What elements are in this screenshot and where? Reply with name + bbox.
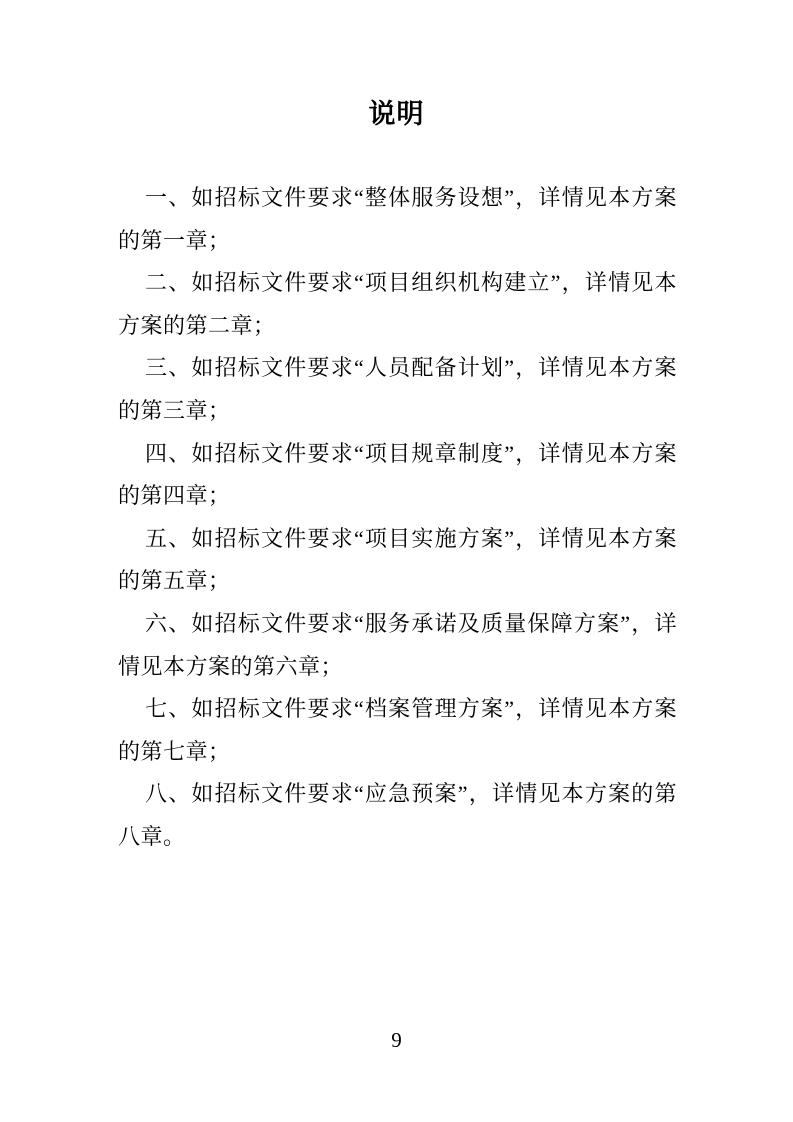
paragraph: 七、如招标文件要求“档案管理方案”，详情见本方案的第七章； [118, 688, 677, 773]
paragraph: 四、如招标文件要求“项目规章制度”，详情见本方案的第四章； [118, 433, 677, 518]
body-text: 一、如招标文件要求“整体服务设想”，详情见本方案的第一章；二、如招标文件要求“项… [118, 177, 677, 859]
paragraph: 八、如招标文件要求“应急预案”，详情见本方案的第八章。 [118, 773, 677, 858]
page-title: 说明 [0, 97, 793, 131]
paragraph: 三、如招标文件要求“人员配备计划”，详情见本方案的第三章； [118, 347, 677, 432]
paragraph: 一、如招标文件要求“整体服务设想”，详情见本方案的第一章； [118, 177, 677, 262]
document-page: 说明 一、如招标文件要求“整体服务设想”，详情见本方案的第一章；二、如招标文件要… [0, 0, 793, 1122]
paragraph: 六、如招标文件要求“服务承诺及质量保障方案”，详情见本方案的第六章； [118, 603, 677, 688]
paragraph: 五、如招标文件要求“项目实施方案”，详情见本方案的第五章； [118, 518, 677, 603]
paragraph: 二、如招标文件要求“项目组织机构建立”，详情见本方案的第二章； [118, 262, 677, 347]
page-number: 9 [0, 1026, 793, 1054]
